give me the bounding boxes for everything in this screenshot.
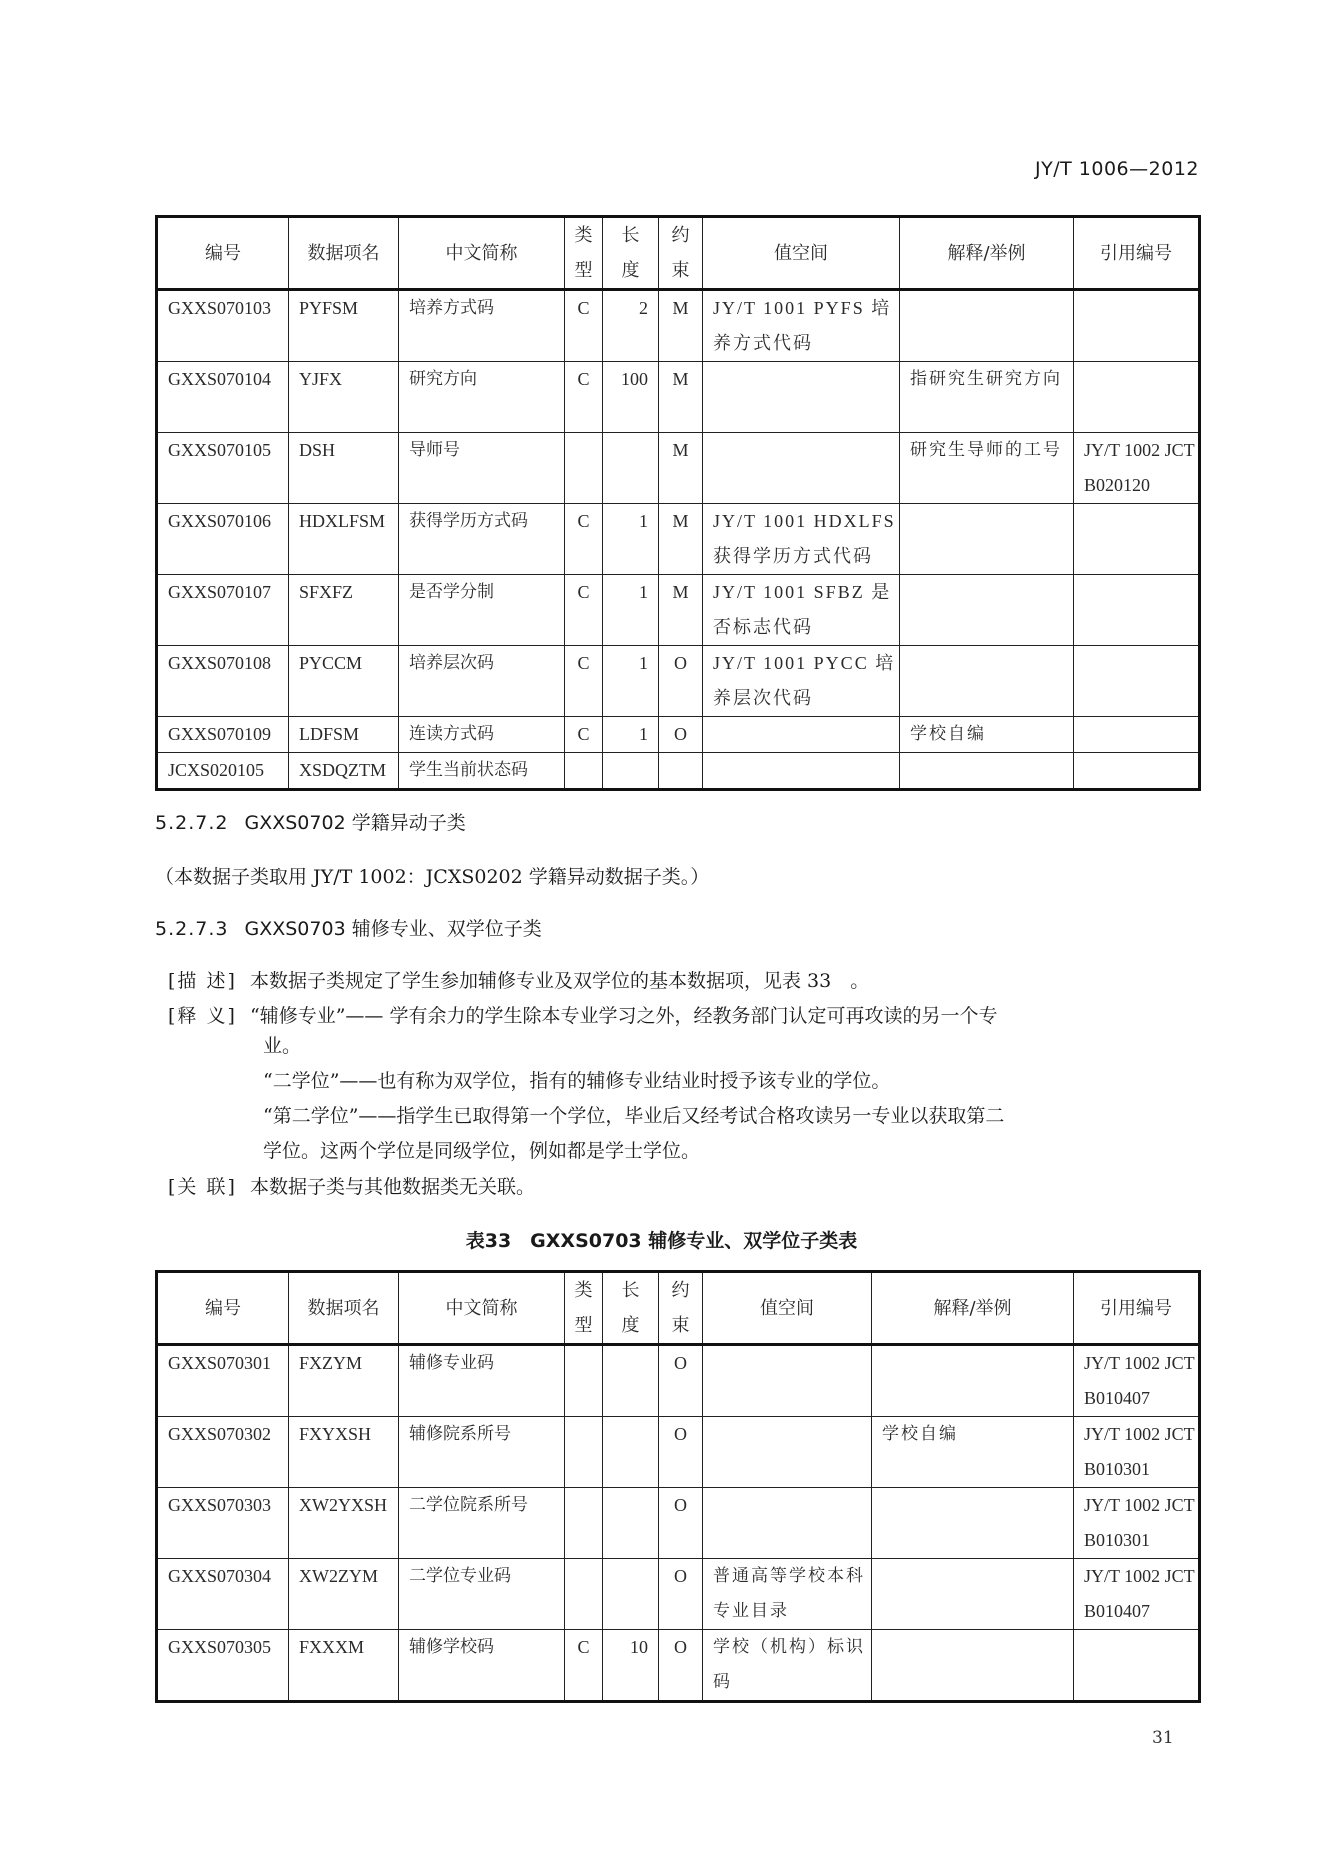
table-header-row: 编号 数据项名 中文简称 类型 长度 约束 值空间 解释/举例 引用编号 xyxy=(157,1272,1200,1345)
define-paragraph: [释 义]“辅修专业”—— 学有余力的学生除本专业学习之外，经教务部门认定可再攻… xyxy=(168,1001,997,1028)
table-header-row: 编号 数据项名 中文简称 类型 长度 约束 值空间 解释/举例 引用编号 xyxy=(157,217,1200,290)
table-row: GXXS070301 FXZYM 辅修专业码 O JY/T 1002 JCTB0… xyxy=(157,1345,1200,1417)
cell-constraint: M xyxy=(659,433,703,504)
cell-item-name: FXZYM xyxy=(289,1345,399,1417)
section-number: 5.2.7.2 xyxy=(155,812,228,834)
cell-code: GXXS070105 xyxy=(157,433,289,504)
cell-code: GXXS070108 xyxy=(157,646,289,717)
cell-ref xyxy=(1074,646,1200,717)
col-header-length: 长度 xyxy=(603,217,659,290)
col-header-length: 长度 xyxy=(603,1272,659,1345)
cell-length xyxy=(603,433,659,504)
cell-value-space xyxy=(703,433,900,504)
cell-value-space: 普通高等学校本科专业目录 xyxy=(703,1559,872,1630)
cell-item-name: YJFX xyxy=(289,362,399,433)
cell-type: C xyxy=(565,717,603,753)
relate-text: 本数据子类与其他数据类无关联。 xyxy=(250,1176,535,1198)
cell-code: GXXS070107 xyxy=(157,575,289,646)
cell-explain xyxy=(872,1559,1074,1630)
describe-tag: [描 述] xyxy=(168,966,250,993)
col-header-explain: 解释/举例 xyxy=(872,1272,1074,1345)
cell-cn-name: 导师号 xyxy=(399,433,565,504)
col-header-cn-name: 中文简称 xyxy=(399,217,565,290)
section-title: GXXS0702 学籍异动子类 xyxy=(244,812,465,834)
cell-explain xyxy=(872,1630,1074,1702)
col-header-type: 类型 xyxy=(565,1272,603,1345)
define-text-3b: 学位。这两个学位是同级学位，例如都是学士学位。 xyxy=(263,1134,1203,1169)
cell-value-space xyxy=(703,362,900,433)
cell-length: 2 xyxy=(603,290,659,362)
table-row: GXXS070104 YJFX 研究方向 C 100 M 指研究生研究方向 xyxy=(157,362,1200,433)
cell-ref xyxy=(1074,753,1200,790)
describe-paragraph: [描 述]本数据子类规定了学生参加辅修专业及双学位的基本数据项，见表 33 。 xyxy=(168,966,869,993)
cell-type xyxy=(565,1488,603,1559)
cell-value-space xyxy=(703,753,900,790)
cell-ref: JY/T 1002 JCTB010407 xyxy=(1074,1345,1200,1417)
define-text-1a: “辅修专业”—— 学有余力的学生除本专业学习之外，经教务部门认定可再攻读的另一个… xyxy=(250,1005,997,1027)
section-heading-5272: 5.2.7.2GXXS0702 学籍异动子类 xyxy=(155,808,466,835)
col-header-code: 编号 xyxy=(157,217,289,290)
cell-constraint: O xyxy=(659,646,703,717)
table-row: GXXS070107 SFXFZ 是否学分制 C 1 M JY/T 1001 S… xyxy=(157,575,1200,646)
cell-explain xyxy=(900,753,1074,790)
cell-type: C xyxy=(565,362,603,433)
cell-constraint: M xyxy=(659,504,703,575)
cell-cn-name: 二学位院系所号 xyxy=(399,1488,565,1559)
cell-type xyxy=(565,1345,603,1417)
cell-code: GXXS070103 xyxy=(157,290,289,362)
cell-ref xyxy=(1074,362,1200,433)
cell-item-name: PYCCM xyxy=(289,646,399,717)
cell-code: GXXS070109 xyxy=(157,717,289,753)
cell-item-name: SFXFZ xyxy=(289,575,399,646)
data-items-table-continued: 编号 数据项名 中文简称 类型 长度 约束 值空间 解释/举例 引用编号 GXX… xyxy=(155,215,1201,791)
cell-ref xyxy=(1074,717,1200,753)
cell-explain xyxy=(872,1345,1074,1417)
table-row: GXXS070302 FXYXSH 辅修院系所号 O 学校自编 JY/T 100… xyxy=(157,1417,1200,1488)
cell-constraint: O xyxy=(659,1630,703,1702)
define-tag: [释 义] xyxy=(168,1001,250,1028)
table-row: GXXS070304 XW2ZYM 二学位专业码 O 普通高等学校本科专业目录 … xyxy=(157,1559,1200,1630)
section-title: GXXS0703 辅修专业、双学位子类 xyxy=(244,918,541,940)
cell-value-space: JY/T 1001 SFBZ 是否标志代码 xyxy=(703,575,900,646)
cell-ref: JY/T 1002 JCTB010407 xyxy=(1074,1559,1200,1630)
cell-value-space: JY/T 1001 HDXLFS 获得学历方式代码 xyxy=(703,504,900,575)
cell-item-name: XW2ZYM xyxy=(289,1559,399,1630)
col-header-value-space: 值空间 xyxy=(703,217,900,290)
cell-type xyxy=(565,753,603,790)
cell-type: C xyxy=(565,646,603,717)
cell-cn-name: 培养层次码 xyxy=(399,646,565,717)
cell-length: 100 xyxy=(603,362,659,433)
cell-explain xyxy=(872,1488,1074,1559)
cell-type xyxy=(565,1417,603,1488)
cell-value-space xyxy=(703,1488,872,1559)
table-row: GXXS070108 PYCCM 培养层次码 C 1 O JY/T 1001 P… xyxy=(157,646,1200,717)
cell-explain: 学校自编 xyxy=(872,1417,1074,1488)
col-header-constraint: 约束 xyxy=(659,217,703,290)
table-row: JCXS020105 XSDQZTM 学生当前状态码 xyxy=(157,753,1200,790)
cell-code: GXXS070104 xyxy=(157,362,289,433)
cell-code: GXXS070304 xyxy=(157,1559,289,1630)
cell-constraint: O xyxy=(659,717,703,753)
cell-item-name: FXXXM xyxy=(289,1630,399,1702)
cell-code: GXXS070303 xyxy=(157,1488,289,1559)
cell-ref xyxy=(1074,504,1200,575)
cell-cn-name: 二学位专业码 xyxy=(399,1559,565,1630)
cell-item-name: DSH xyxy=(289,433,399,504)
col-header-cn-name: 中文简称 xyxy=(399,1272,565,1345)
cell-cn-name: 学生当前状态码 xyxy=(399,753,565,790)
cell-constraint: O xyxy=(659,1417,703,1488)
col-header-type: 类型 xyxy=(565,217,603,290)
cell-length: 1 xyxy=(603,717,659,753)
cell-item-name: XW2YXSH xyxy=(289,1488,399,1559)
section-number: 5.2.7.3 xyxy=(155,918,228,940)
cell-type xyxy=(565,1559,603,1630)
cell-ref: JY/T 1002 JCTB010301 xyxy=(1074,1488,1200,1559)
col-header-ref: 引用编号 xyxy=(1074,1272,1200,1345)
col-header-ref: 引用编号 xyxy=(1074,217,1200,290)
cell-length: 1 xyxy=(603,504,659,575)
cell-value-space: 学校（机构）标识码 xyxy=(703,1630,872,1702)
cell-length: 1 xyxy=(603,575,659,646)
cell-item-name: PYFSM xyxy=(289,290,399,362)
cell-value-space xyxy=(703,1345,872,1417)
cell-length xyxy=(603,1345,659,1417)
col-header-item-name: 数据项名 xyxy=(289,1272,399,1345)
section-note: （本数据子类取用 JY/T 1002：JCXS0202 学籍异动数据子类。） xyxy=(155,862,709,889)
cell-cn-name: 培养方式码 xyxy=(399,290,565,362)
cell-constraint: O xyxy=(659,1488,703,1559)
cell-length: 10 xyxy=(603,1630,659,1702)
cell-cn-name: 连读方式码 xyxy=(399,717,565,753)
cell-value-space: JY/T 1001 PYCC 培养层次代码 xyxy=(703,646,900,717)
cell-length xyxy=(603,753,659,790)
cell-cn-name: 是否学分制 xyxy=(399,575,565,646)
col-header-item-name: 数据项名 xyxy=(289,217,399,290)
cell-item-name: LDFSM xyxy=(289,717,399,753)
cell-constraint: M xyxy=(659,290,703,362)
cell-explain: 学校自编 xyxy=(900,717,1074,753)
cell-constraint xyxy=(659,753,703,790)
cell-length xyxy=(603,1417,659,1488)
cell-type: C xyxy=(565,504,603,575)
cell-ref xyxy=(1074,575,1200,646)
cell-ref xyxy=(1074,290,1200,362)
cell-ref: JY/T 1002 JCTB020120 xyxy=(1074,433,1200,504)
define-text-2: “二学位”——也有称为双学位，指有的辅修专业结业时授予该专业的学位。 xyxy=(263,1064,1203,1099)
cell-cn-name: 获得学历方式码 xyxy=(399,504,565,575)
cell-length: 1 xyxy=(603,646,659,717)
relate-paragraph: [关 联]本数据子类与其他数据类无关联。 xyxy=(168,1172,535,1199)
cell-type: C xyxy=(565,1630,603,1702)
cell-explain xyxy=(900,575,1074,646)
table-row: GXXS070106 HDXLFSM 获得学历方式码 C 1 M JY/T 10… xyxy=(157,504,1200,575)
col-header-code: 编号 xyxy=(157,1272,289,1345)
describe-text: 本数据子类规定了学生参加辅修专业及双学位的基本数据项，见表 33 。 xyxy=(250,970,869,992)
cell-cn-name: 辅修专业码 xyxy=(399,1345,565,1417)
cell-cn-name: 研究方向 xyxy=(399,362,565,433)
cell-cn-name: 辅修学校码 xyxy=(399,1630,565,1702)
cell-item-name: XSDQZTM xyxy=(289,753,399,790)
cell-value-space xyxy=(703,717,900,753)
table-row: GXXS070103 PYFSM 培养方式码 C 2 M JY/T 1001 P… xyxy=(157,290,1200,362)
cell-item-name: HDXLFSM xyxy=(289,504,399,575)
define-text-1b: 业。 xyxy=(263,1029,1203,1064)
cell-ref xyxy=(1074,1630,1200,1702)
col-header-value-space: 值空间 xyxy=(703,1272,872,1345)
cell-code: GXXS070302 xyxy=(157,1417,289,1488)
define-text-3a: “第二学位”——指学生已取得第一个学位，毕业后又经考试合格攻读另一专业以获取第二 xyxy=(263,1099,1203,1134)
page-number: 31 xyxy=(1152,1728,1174,1748)
table-row: GXXS070109 LDFSM 连读方式码 C 1 O 学校自编 xyxy=(157,717,1200,753)
cell-constraint: O xyxy=(659,1559,703,1630)
cell-value-space: JY/T 1001 PYFS 培养方式代码 xyxy=(703,290,900,362)
cell-explain: 指研究生研究方向 xyxy=(900,362,1074,433)
cell-type xyxy=(565,433,603,504)
relate-tag: [关 联] xyxy=(168,1172,250,1199)
cell-type: C xyxy=(565,575,603,646)
cell-code: GXXS070305 xyxy=(157,1630,289,1702)
col-header-explain: 解释/举例 xyxy=(900,217,1074,290)
table-caption: 表33 GXXS0703 辅修专业、双学位子类表 xyxy=(0,1226,1323,1253)
table-row: GXXS070303 XW2YXSH 二学位院系所号 O JY/T 1002 J… xyxy=(157,1488,1200,1559)
cell-constraint: M xyxy=(659,362,703,433)
section-heading-5273: 5.2.7.3GXXS0703 辅修专业、双学位子类 xyxy=(155,914,542,941)
cell-explain: 研究生导师的工号 xyxy=(900,433,1074,504)
cell-ref: JY/T 1002 JCTB010301 xyxy=(1074,1417,1200,1488)
cell-explain xyxy=(900,290,1074,362)
cell-explain xyxy=(900,646,1074,717)
cell-type: C xyxy=(565,290,603,362)
cell-constraint: O xyxy=(659,1345,703,1417)
col-header-constraint: 约束 xyxy=(659,1272,703,1345)
table-row: GXXS070105 DSH 导师号 M 研究生导师的工号 JY/T 1002 … xyxy=(157,433,1200,504)
cell-item-name: FXYXSH xyxy=(289,1417,399,1488)
cell-code: GXXS070301 xyxy=(157,1345,289,1417)
table-row: GXXS070305 FXXXM 辅修学校码 C 10 O 学校（机构）标识码 xyxy=(157,1630,1200,1702)
cell-value-space xyxy=(703,1417,872,1488)
cell-length xyxy=(603,1559,659,1630)
cell-constraint: M xyxy=(659,575,703,646)
cell-length xyxy=(603,1488,659,1559)
cell-code: JCXS020105 xyxy=(157,753,289,790)
standard-code: JY/T 1006—2012 xyxy=(1035,158,1199,180)
cell-explain xyxy=(900,504,1074,575)
cell-cn-name: 辅修院系所号 xyxy=(399,1417,565,1488)
minor-double-degree-table: 编号 数据项名 中文简称 类型 长度 约束 值空间 解释/举例 引用编号 GXX… xyxy=(155,1270,1201,1703)
cell-code: GXXS070106 xyxy=(157,504,289,575)
